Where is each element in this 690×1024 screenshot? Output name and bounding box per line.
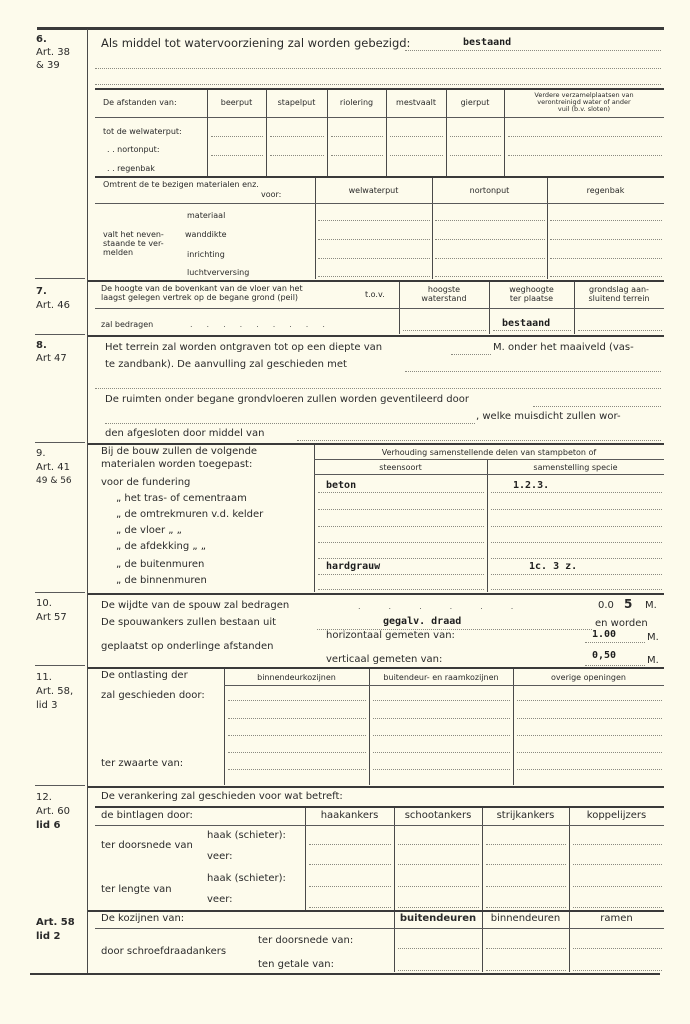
anchor-field[interactable]	[486, 886, 566, 887]
anchor-field[interactable]	[398, 864, 479, 865]
frame-anchor-field[interactable]	[573, 970, 662, 971]
vertical-value[interactable]: 0,50	[592, 649, 616, 662]
distance-field[interactable]	[211, 136, 263, 137]
weghoogte-field[interactable]	[493, 330, 571, 331]
header-rule	[95, 825, 664, 826]
col-other-line3: vuil (b.v. sloten)	[504, 106, 664, 113]
water-supply-field[interactable]	[405, 50, 661, 51]
weight-field[interactable]	[517, 752, 662, 753]
relief-field[interactable]	[517, 735, 662, 736]
ventilation-field-2[interactable]	[105, 423, 475, 424]
article-ref: Art 57	[36, 612, 67, 624]
sub-doorsnede: ter doorsnede van:	[258, 935, 353, 947]
mouse-proof-text: , welke muisdicht zullen wor-	[476, 411, 621, 423]
group-doorsnede: ter doorsnede van	[101, 840, 193, 852]
water-supply-line-2[interactable]	[95, 68, 661, 69]
floor-height-label-1: De hoogte van de bovenkant van de vloer …	[101, 284, 303, 293]
article-ref: Art. 46	[36, 300, 70, 312]
col-divider	[224, 669, 225, 785]
margin-rule	[35, 442, 85, 443]
col-schootankers: schootankers	[394, 810, 482, 822]
col-divider	[487, 459, 488, 592]
specie-value[interactable]: 1c. 3 z.	[529, 560, 577, 573]
article-ref-2: 49 & 56	[36, 477, 72, 486]
distance-field[interactable]	[211, 155, 263, 156]
col-koppelijzers: koppelijzers	[569, 810, 664, 822]
distances-header-bottom	[95, 117, 664, 118]
anchor-field[interactable]	[486, 864, 566, 865]
unit-m: M.	[647, 655, 659, 667]
row-label: „ de omtrekmuren v.d. kelder	[116, 509, 263, 521]
excavation-text-1: Het terrein zal worden ontgraven tot op …	[105, 342, 382, 354]
section-number: 8.	[36, 340, 47, 352]
sub-haak: haak (schieter):	[207, 873, 286, 885]
row-nortonput: . . nortonput:	[107, 145, 160, 154]
material-field[interactable]	[435, 276, 545, 277]
row-inrichting: inrichting	[187, 250, 225, 259]
relief-field[interactable]	[228, 700, 366, 701]
specie-value[interactable]: 1.2.3.	[513, 479, 549, 492]
distance-field[interactable]	[450, 155, 501, 156]
distances-table-bottom	[95, 176, 664, 178]
col-stapelput: stapelput	[266, 98, 327, 107]
relief-field[interactable]	[517, 718, 662, 719]
article-ref: Art. 58,	[36, 686, 73, 698]
distance-field[interactable]	[270, 136, 324, 137]
excavation-text-2: M. onder het maaiveld (vas-	[493, 342, 634, 354]
anchor-field[interactable]	[309, 886, 391, 887]
distance-field[interactable]	[331, 136, 383, 137]
specie-field[interactable]	[491, 526, 662, 527]
col-nortonput: nortonput	[432, 186, 547, 195]
margin-divider	[87, 29, 88, 973]
hoogste-waterstand-field[interactable]	[403, 330, 486, 331]
distances-table-top	[95, 88, 664, 90]
article-ref: Art. 60	[36, 806, 70, 818]
relief-label: De ontlasting der	[101, 670, 188, 682]
relief-field[interactable]	[373, 700, 510, 701]
col-divider	[394, 808, 395, 910]
relief-field[interactable]	[517, 700, 662, 701]
distance-field[interactable]	[508, 155, 662, 156]
margin-rule	[35, 785, 85, 786]
cavity-anchors-label: De spouwankers zullen bestaan uit	[101, 617, 276, 629]
col-ramen: ramen	[569, 913, 664, 925]
weight-field[interactable]	[517, 769, 662, 770]
unit-m: M.	[645, 600, 657, 612]
specie-field[interactable]	[491, 574, 662, 575]
article-ref: Art 47	[36, 353, 67, 365]
distance-field[interactable]	[508, 136, 662, 137]
steensoort-field[interactable]	[318, 542, 484, 543]
section-number: 11.	[36, 672, 52, 684]
col-divider	[569, 808, 570, 910]
cavity-width-label: De wijdte van de spouw zal bedragen	[101, 600, 289, 612]
row-label: „ de buitenmuren	[116, 559, 204, 571]
group-label-3: melden	[103, 248, 133, 257]
table-top	[95, 806, 664, 808]
frame-anchor-field[interactable]	[573, 948, 662, 949]
article-ref-2: & 39	[36, 60, 60, 72]
anchor-field[interactable]	[398, 886, 479, 887]
col-haakankers: haakankers	[305, 810, 394, 822]
horizontal-label: horizontaal gemeten van:	[326, 630, 455, 642]
top-rule	[37, 27, 664, 30]
material-field[interactable]	[550, 258, 662, 259]
frame-anchor-field[interactable]	[398, 948, 479, 949]
materials-header-line1: Omtrent de te bezigen materialen enz.	[103, 180, 259, 189]
col-regenbak: regenbak	[547, 186, 664, 195]
relief-field[interactable]	[228, 718, 366, 719]
col-overige-openingen: overige openingen	[513, 673, 664, 682]
row-label: „ de binnenmuren	[116, 575, 207, 587]
article-ref: Art. 38	[36, 47, 70, 59]
article-ref-2: lid 3	[36, 700, 57, 712]
vertical-label: verticaal gemeten van:	[326, 654, 442, 666]
col-buitendeuren: buitendeuren	[394, 913, 482, 925]
col-weghoogte-2: ter plaatse	[489, 294, 574, 303]
screw-anchors-label: door schroefdraadankers	[101, 946, 226, 958]
frames-title: De kozijnen van:	[101, 913, 184, 925]
col-binnendeuren: binnendeuren	[482, 913, 569, 925]
cavity-width-value[interactable]: 5	[624, 598, 632, 610]
steensoort-field[interactable]	[318, 558, 484, 559]
col-beerput: beerput	[207, 98, 266, 107]
steensoort-field[interactable]	[318, 574, 484, 575]
section-rule	[88, 786, 664, 788]
group-label-2: staande te ver-	[103, 239, 164, 248]
anchor-field[interactable]	[398, 844, 479, 845]
weight-field[interactable]	[373, 752, 510, 753]
anchor-field[interactable]	[309, 907, 391, 908]
horizontal-value[interactable]: 1.00	[592, 628, 616, 641]
margin-rule	[35, 278, 85, 279]
row-label: voor de fundering	[101, 477, 190, 489]
horizontal-field[interactable]	[585, 642, 645, 643]
frame-anchor-field[interactable]	[486, 948, 566, 949]
distance-field[interactable]	[331, 155, 383, 156]
leader-dots: .........	[190, 320, 339, 329]
section-number: 12.	[36, 792, 52, 804]
anchor-field[interactable]	[309, 864, 391, 865]
col-divider	[369, 669, 370, 785]
row-welwaterput: tot de welwaterput:	[103, 127, 182, 136]
relief-field[interactable]	[373, 735, 510, 736]
steensoort-value[interactable]: hardgrauw	[326, 560, 380, 573]
section-rule	[88, 593, 664, 595]
anchoring-title: De verankering zal geschieden voor wat b…	[101, 791, 343, 803]
material-field[interactable]	[318, 220, 430, 221]
tov-label: t.o.v.	[365, 290, 385, 299]
section-rule	[88, 280, 664, 282]
material-field[interactable]	[318, 258, 430, 259]
col-grondslag-2: sluitend terrein	[574, 294, 664, 303]
material-field[interactable]	[550, 276, 662, 277]
frame-anchor-field[interactable]	[398, 970, 479, 971]
col-weghoogte-1: weghoogte	[489, 285, 574, 294]
zal-bedragen-label: zal bedragen	[101, 320, 153, 329]
grondslag-field[interactable]	[578, 330, 662, 331]
col-hoogste-1: hoogste	[399, 285, 489, 294]
distances-header-label: De afstanden van:	[103, 98, 177, 107]
col-strijkankers: strijkankers	[482, 810, 569, 822]
relief-by-label: zal geschieden door:	[101, 690, 205, 702]
distance-field[interactable]	[390, 136, 443, 137]
vertical-field[interactable]	[585, 665, 645, 666]
row-label: „ het tras- of cementraam	[116, 493, 247, 505]
margin-rule	[35, 592, 85, 593]
col-mestvaalt: mestvaalt	[386, 98, 446, 107]
anchor-field[interactable]	[398, 907, 479, 908]
stampbeton-header: Verhouding samenstellende delen van stam…	[314, 448, 664, 457]
group-label-1: valt het neven-	[103, 230, 164, 239]
row-label: „ de afdekking „ „	[116, 541, 206, 553]
col-specie: samenstelling specie	[487, 463, 664, 472]
ventilation-text: De ruimten onder begane grondvloeren zul…	[105, 394, 469, 406]
anchor-field[interactable]	[573, 864, 662, 865]
anchor-field[interactable]	[573, 886, 662, 887]
excavation-depth-field[interactable]	[451, 354, 491, 355]
section-rule	[88, 335, 664, 337]
group-lengte: ter lengte van	[101, 884, 172, 896]
ventilation-field[interactable]	[533, 406, 661, 407]
materials-header-line2: voor:	[261, 190, 281, 199]
col-divider	[513, 669, 514, 785]
bottom-rule	[30, 973, 660, 975]
row-materiaal: materiaal	[187, 211, 225, 220]
material-field[interactable]	[435, 239, 545, 240]
weight-field[interactable]	[373, 769, 510, 770]
col-grondslag-1: grondslag aan-	[574, 285, 664, 294]
leader-dots: ......	[358, 602, 541, 611]
weghoogte-value[interactable]: bestaand	[502, 317, 550, 330]
col-steensoort: steensoort	[314, 463, 487, 472]
col-divider	[305, 808, 306, 910]
sub-getale: ten getale van:	[258, 959, 334, 971]
col-welwaterput: welwaterput	[315, 186, 432, 195]
article-ref: Art. 41	[36, 462, 70, 474]
cavity-width-prefix: 0.0	[598, 600, 614, 612]
backfill-field-2[interactable]	[95, 388, 661, 389]
frame-anchor-field[interactable]	[486, 970, 566, 971]
section-rule	[88, 910, 664, 912]
section-rule	[88, 443, 664, 445]
material-field[interactable]	[435, 258, 545, 259]
distance-field[interactable]	[270, 155, 324, 156]
specie-field[interactable]	[491, 589, 662, 590]
cavity-anchors-value[interactable]: gegalv. draad	[383, 615, 461, 628]
material-field[interactable]	[550, 239, 662, 240]
article-ref: Art. 58	[36, 917, 75, 929]
anchor-field[interactable]	[486, 907, 566, 908]
materials-intro-1: Bij de bouw zullen de volgende	[101, 446, 257, 458]
article-ref-2: lid 2	[36, 931, 60, 943]
row-label: „ de vloer „ „	[116, 525, 182, 537]
anchor-field[interactable]	[573, 844, 662, 845]
steensoort-value[interactable]: beton	[326, 479, 356, 492]
sub-veer: veer:	[207, 851, 233, 863]
specie-field[interactable]	[491, 509, 662, 510]
water-supply-value[interactable]: bestaand	[463, 36, 511, 49]
col-divider	[482, 808, 483, 910]
distance-field[interactable]	[450, 136, 501, 137]
backfill-text: te zandbank). De aanvulling zal geschied…	[105, 359, 347, 371]
materials-header-bottom	[95, 203, 664, 204]
specie-field[interactable]	[491, 542, 662, 543]
col-riolering: riolering	[327, 98, 386, 107]
row-luchtverversing: luchtverversing	[187, 268, 249, 277]
specie-field[interactable]	[491, 558, 662, 559]
materials-intro-2: materialen worden toegepast:	[101, 459, 252, 471]
col-buitendeur-raamkozijnen: buitendeur- en raamkozijnen	[369, 673, 513, 682]
margin-rule	[35, 665, 85, 666]
material-field[interactable]	[435, 220, 545, 221]
row-rule	[95, 308, 664, 309]
steensoort-field[interactable]	[318, 492, 484, 493]
col-hoogste-2: waterstand	[399, 294, 489, 303]
sub-veer: veer:	[207, 894, 233, 906]
floor-height-label-2: laagst gelegen vertrek op de begane gron…	[101, 293, 298, 302]
closure-text: den afgesloten door middel van	[105, 428, 264, 440]
bintlagen-label: de bintlagen door:	[101, 810, 193, 822]
col-binnendeurkozijnen: binnendeurkozijnen	[224, 673, 369, 682]
header-rule	[314, 474, 664, 475]
row-regenbak: . . regenbak	[107, 164, 155, 173]
water-supply-line-3[interactable]	[95, 84, 661, 85]
anchor-field[interactable]	[309, 844, 391, 845]
anchor-field[interactable]	[573, 907, 662, 908]
col-gierput: gierput	[446, 98, 504, 107]
header-rule	[95, 928, 664, 929]
section-number: 10.	[36, 598, 52, 610]
row-wanddikte: wanddikte	[185, 230, 227, 239]
spacing-label: geplaatst op onderlinge afstanden	[101, 641, 273, 653]
closure-field[interactable]	[297, 440, 661, 441]
section-rule	[88, 667, 664, 669]
section-number: 7.	[36, 286, 47, 298]
sub-haak: haak (schieter):	[207, 830, 286, 842]
material-field[interactable]	[318, 276, 430, 277]
weight-field[interactable]	[228, 769, 366, 770]
relief-field[interactable]	[373, 718, 510, 719]
margin-rule	[35, 334, 85, 335]
header-rule	[314, 459, 664, 460]
steensoort-field[interactable]	[318, 589, 484, 590]
water-supply-label: Als middel tot watervoorziening zal word…	[101, 36, 410, 50]
distance-field[interactable]	[390, 155, 443, 156]
relief-field[interactable]	[228, 735, 366, 736]
weight-label: ter zwaarte van:	[101, 758, 183, 770]
header-rule	[224, 685, 664, 686]
section-number: 9.	[36, 448, 46, 460]
material-field[interactable]	[550, 220, 662, 221]
unit-m: M.	[647, 632, 659, 644]
weight-field[interactable]	[228, 752, 366, 753]
section-number: 6.	[36, 34, 47, 46]
material-field[interactable]	[318, 239, 430, 240]
backfill-field[interactable]	[405, 371, 661, 372]
article-ref-2: lid 6	[36, 820, 60, 832]
steensoort-field[interactable]	[318, 509, 484, 510]
steensoort-field[interactable]	[318, 526, 484, 527]
specie-field[interactable]	[491, 492, 662, 493]
anchor-field[interactable]	[486, 844, 566, 845]
